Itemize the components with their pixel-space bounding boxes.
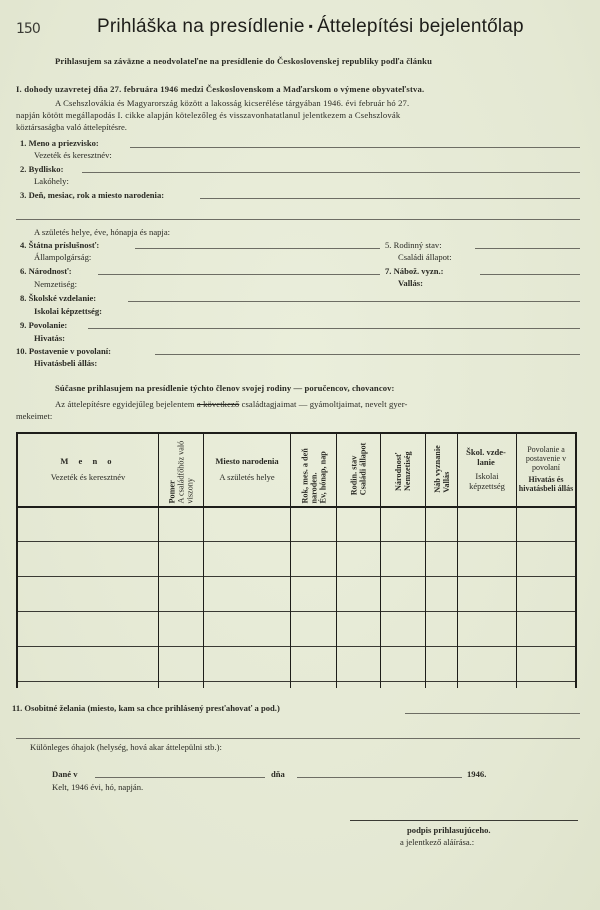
col-header-birthdate-hu: Év, hónap, nap <box>318 435 327 503</box>
field-4-label: 4. Štátna príslušnosť: <box>20 240 99 250</box>
field-7-label-hu: Vallás: <box>398 278 423 288</box>
field-10-label: 10. Postavenie v povolaní: <box>16 346 111 356</box>
col-header-relation-sk: Pomer <box>168 435 177 503</box>
family-intro-hu-cont: mekeimet: <box>16 411 52 421</box>
col-header-religion-hu: Vallás <box>442 445 451 493</box>
col-header-religion: Náb vyznanieVallás <box>426 434 457 504</box>
col-header-birthplace-hu: A születés helye <box>215 472 278 482</box>
table-row[interactable] <box>18 682 575 688</box>
col-header-education-hu: Iskolai képzettség <box>459 471 515 491</box>
field-5-input-line[interactable] <box>475 248 580 249</box>
field-6-input-line[interactable] <box>98 274 380 275</box>
field-3-label: 3. Deň, mesiac, rok a miesto narodenia: <box>20 190 164 200</box>
field-7-label: 7. Nábož. vyzn.: <box>385 266 443 276</box>
col-header-relation-hu: A családfőhöz való viszony <box>177 435 195 503</box>
field-1-label-hu: Vezeték és keresztnév: <box>34 150 112 160</box>
col-header-birthplace: Miesto narodeniaA születés helye <box>204 434 290 504</box>
field-11-label: 11. Osobitné želania (miesto, kam sa chc… <box>12 703 280 713</box>
col-header-education: Škol. vzde- lanieIskolai képzettség <box>458 434 516 504</box>
field-1-input-line[interactable] <box>130 147 580 148</box>
col-header-birthdate: Rok, mes. a deň naroden.Év, hónap, nap <box>291 434 336 504</box>
table-row[interactable] <box>18 577 575 611</box>
given-in-label: Dané v <box>52 769 78 779</box>
col-header-name-hu: Vezeték és keresztnév <box>51 472 126 482</box>
col-header-education-sk: Škol. vzde- lanie <box>459 447 513 467</box>
col-header-birthdate-sk: Rok, mes. a deň naroden. <box>300 435 318 503</box>
col-header-occupation-sk: Povolanie a postavenie v povolaní <box>518 445 574 472</box>
family-intro-hu-struck: a következő <box>197 399 239 409</box>
handwritten-number: 150 <box>16 21 40 37</box>
col-header-nationality: NárodnosťNemzetiség <box>381 434 425 504</box>
col-header-marital: Rodin. stavCsaládi állapot <box>337 434 380 504</box>
family-intro-hu-part-b: családtagjaimat — gyámoltjaimat, nevelt … <box>242 399 408 409</box>
intro-hu-line3: köztársaságba való áttelepítésre. <box>16 122 127 132</box>
table-row[interactable] <box>18 647 575 681</box>
table-row[interactable] <box>18 542 575 576</box>
kelt-label: Kelt, 1946 évi, hó, napján. <box>52 782 143 792</box>
family-intro-hu: Az áttelepítésre egyidejűleg bejelentem … <box>55 399 407 409</box>
col-header-marital-hu: Családi állapot <box>359 443 368 496</box>
field-8-label: 8. Školské vzdelanie: <box>20 293 96 303</box>
field-8-input-line[interactable] <box>128 301 580 302</box>
col-header-nationality-sk: Národnosť <box>394 447 403 491</box>
field-8-label-hu: Iskolai képzettség: <box>34 306 102 316</box>
field-7-input-line[interactable] <box>480 274 580 275</box>
field-6-label: 6. Národnosť: <box>20 266 72 276</box>
col-header-name: M e n oVezeték és keresztnév <box>18 434 158 504</box>
page-title: Prihláška na presídlenie▪Áttelepítési be… <box>97 16 524 38</box>
field-9-input-line[interactable] <box>88 328 580 329</box>
col-header-occupation-hu: Hivatás és hivatásbeli állás <box>518 475 574 493</box>
family-members-table: M e n oVezeték és keresztnév PomerA csal… <box>16 432 577 688</box>
signature-line[interactable] <box>350 820 578 821</box>
year-label: 1946. <box>467 769 486 779</box>
field-9-label-hu: Hivatás: <box>34 333 65 343</box>
field-10-label-hu: Hivatásbeli állás: <box>34 358 97 368</box>
field-10-input-line[interactable] <box>155 354 580 355</box>
field-5-label: 5. Rodinný stav: <box>385 240 442 250</box>
title-separator: ▪ <box>309 19 313 33</box>
field-2-label-hu: Lakóhely: <box>34 176 69 186</box>
title-hungarian: Áttelepítési bejelentőlap <box>317 16 524 37</box>
field-6-label-hu: Nemzetiség: <box>34 279 77 289</box>
field-4-input-line[interactable] <box>135 248 380 249</box>
family-intro-hu-part-a: Az áttelepítésre egyidejűleg bejelentem <box>55 399 195 409</box>
field-2-input-line[interactable] <box>82 172 580 173</box>
field-4-label-hu: Állampolgárság: <box>34 252 91 262</box>
field-11-label-hu: Különleges óhajok (helység, hová akar át… <box>30 742 222 752</box>
table-right-border <box>575 432 577 688</box>
col-header-nationality-hu: Nemzetiség <box>403 447 412 491</box>
col-header-marital-sk: Rodin. stav <box>350 443 359 496</box>
signature-label-hu: a jelentkező aláírása.: <box>400 837 474 847</box>
field-3-input-line-2[interactable] <box>16 219 580 220</box>
col-header-name-sk: M e n o <box>51 456 126 466</box>
field-3-input-line[interactable] <box>200 198 580 199</box>
field-1-label: 1. Meno a priezvisko: <box>20 138 99 148</box>
intro-sk-line2: I. dohody uzavretej dňa 27. februára 194… <box>16 84 424 94</box>
intro-hu-line2: napján kötött megállapodás I. cikke alap… <box>16 110 400 120</box>
field-5-label-hu: Családi állapot: <box>398 252 452 262</box>
signature-label-sk: podpis prihlasujúceho. <box>407 825 491 835</box>
table-row[interactable] <box>18 508 575 541</box>
col-header-relation: PomerA családfőhöz való viszony <box>159 434 203 504</box>
field-3-label-hu: A születés helye, éve, hónapja és napja: <box>34 227 170 237</box>
date-label: dňa <box>271 769 285 779</box>
col-header-religion-sk: Náb vyznanie <box>433 445 442 493</box>
table-row[interactable] <box>18 612 575 646</box>
col-header-occupation: Povolanie a postavenie v povolaníHivatás… <box>517 434 575 504</box>
field-9-label: 9. Povolanie: <box>20 320 67 330</box>
col-header-birthplace-sk: Miesto narodenia <box>215 456 278 466</box>
field-11-input-line-2[interactable] <box>16 738 580 739</box>
family-intro-sk: Súčasne prihlasujem na presídlenie týcht… <box>55 383 394 393</box>
date-input-line[interactable] <box>297 777 462 778</box>
field-2-label: 2. Bydlisko: <box>20 164 63 174</box>
intro-hu-line1: A Csehszlovákia és Magyarország között a… <box>55 98 409 108</box>
form-page: 150 Prihláška na presídlenie▪Áttelepítés… <box>0 0 600 910</box>
place-input-line[interactable] <box>95 777 265 778</box>
field-11-input-line[interactable] <box>405 713 580 714</box>
intro-sk-line1: Prihlasujem sa záväzne a neodvolateľne n… <box>55 56 432 66</box>
title-slovak: Prihláška na presídlenie <box>97 16 305 37</box>
